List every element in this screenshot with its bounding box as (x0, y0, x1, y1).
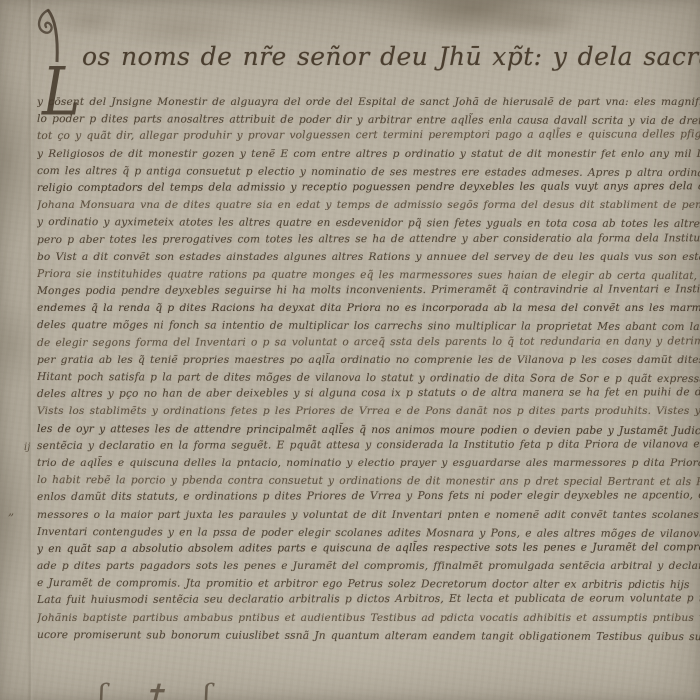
manuscript-line: endemes q̃ la renda q̃ p dites Racions h… (37, 300, 700, 317)
manuscript-line: ade p dites parts pagadors sots les pene… (37, 558, 700, 575)
margin-mark: ij (24, 442, 30, 453)
margin-mark: „ (8, 504, 14, 518)
manuscript-line: ucore promiserunt sub bonorum cuiuslibet… (37, 627, 700, 646)
manuscript-line: Lata fuit huiusmodi sentẽcia seu declara… (37, 591, 700, 610)
manuscript-line: trio de aqll̃es e quiscuna delles la pnt… (37, 455, 700, 472)
manuscript-line: de elegir segons forma del Inventari o p… (37, 333, 700, 352)
manuscript-line: deles altres y pço no han de aber deixeb… (37, 384, 700, 403)
manuscript-line: y Religiosos de dit monestir gozen y ten… (37, 146, 700, 163)
manuscript-line: religio comptadors del temps dela admiss… (37, 178, 700, 197)
manuscript-line: per gratia ab les q̃ teniẽ propries maes… (37, 352, 700, 369)
parchment-stain (400, 0, 550, 37)
parchment-stain (0, 300, 38, 390)
manuscript-line: y en quãt sap a absolutio absolem adites… (37, 539, 700, 558)
manuscript-line: messores o la maior part juxta les parau… (37, 507, 700, 524)
manuscript-line: Monges podia pendre deyxebles seguirse h… (37, 281, 700, 300)
manuscript-line: tot ço y quãt dir, allegar produhir y pr… (37, 127, 700, 146)
parchment-crease (27, 0, 33, 700)
manuscript-heading: os noms de nr̃e señor deu Jhū xp̃t: y de… (82, 42, 700, 86)
manuscript-line: pero p aber totes les prerogatives com t… (37, 230, 700, 249)
manuscript-body: y cōsent del Jnsigne Monestir de alguayr… (37, 94, 700, 700)
manuscript-line: Johãnis baptiste partibus ambabus pntibu… (37, 610, 700, 627)
manuscript-line: bo Vist a dit convẽt son estades ainstad… (37, 249, 700, 266)
manuscript-page: L os noms de nr̃e señor deu Jhū xp̃t: y … (0, 0, 700, 700)
manuscript-line: Vists los stablimẽts y ordinations fetes… (37, 403, 700, 420)
manuscript-line: sentẽcia y declaratio en la forma seguẽt… (37, 436, 700, 455)
manuscript-line: y cōsent del Jnsigne Monestir de alguayr… (37, 94, 700, 111)
manuscript-line: Johana Monsuara vna de dites quatre sia … (37, 197, 700, 214)
manuscript-line: enlos damũt dits statuts, e ordinations … (37, 488, 700, 507)
bottom-cross-marks: ʃ ✝ ʃ (98, 678, 224, 700)
